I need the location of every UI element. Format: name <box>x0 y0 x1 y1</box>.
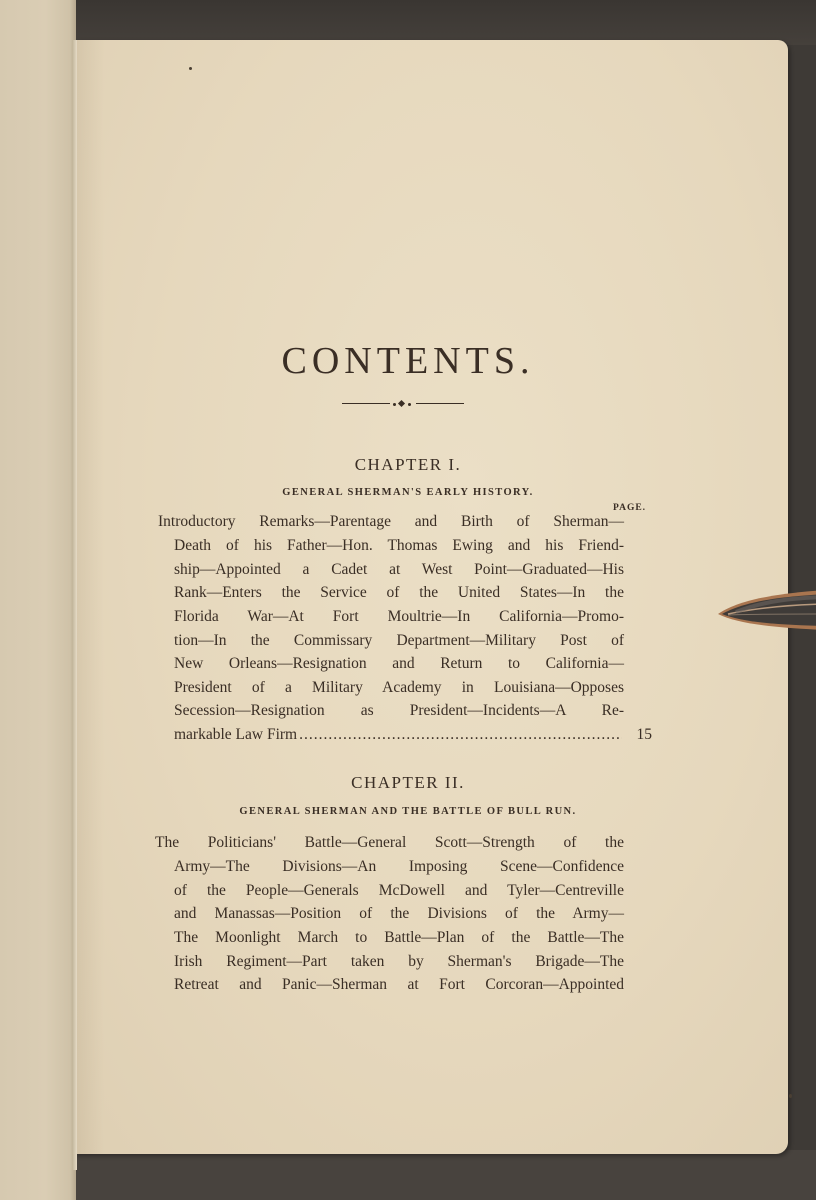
page-gutter-edge <box>72 40 77 1170</box>
toc-line: President of a Military Academy in Louis… <box>174 677 624 699</box>
chapter-1-subtitle: GENERAL SHERMAN'S EARLY HISTORY. <box>0 487 816 498</box>
toc-entry-chapter-1-final: markable Law Firm ......................… <box>174 724 652 746</box>
page-number: 15 <box>628 724 652 746</box>
paper-speck <box>789 1094 792 1098</box>
page-title: CONTENTS. <box>0 339 816 383</box>
toc-line: Secession—Resignation as President—Incid… <box>174 700 624 722</box>
chapter-2-heading: CHAPTER II. <box>0 773 816 793</box>
dot-leader: ........................................… <box>299 724 622 746</box>
toc-line: Death of his Father—Hon. Thomas Ewing an… <box>174 535 624 557</box>
toc-line: Florida War—At Fort Moultrie—In Californ… <box>174 606 624 628</box>
toc-line: Army—The Divisions—An Imposing Scene—Con… <box>174 856 624 878</box>
toc-line: New Orleans—Resignation and Return to Ca… <box>174 653 624 675</box>
letter-opener-blade <box>716 588 816 634</box>
toc-line: The Politicians' Battle—General Scott—St… <box>155 832 624 854</box>
toc-line-text: markable Law Firm <box>174 724 297 746</box>
toc-line: tion—In the Commissary Department—Milita… <box>174 630 624 652</box>
background-top <box>70 0 816 45</box>
toc-line: Irish Regiment—Part taken by Sherman's B… <box>174 951 624 973</box>
paper-speck <box>189 67 192 70</box>
left-facing-page <box>0 0 76 1200</box>
ornament-divider <box>342 401 464 407</box>
toc-line: Retreat and Panic—Sherman at Fort Corcor… <box>174 974 624 996</box>
toc-line: and Manassas—Position of the Divisions o… <box>174 903 624 925</box>
chapter-1-heading: CHAPTER I. <box>0 455 816 475</box>
toc-line: ship—Appointed a Cadet at West Point—Gra… <box>174 559 624 581</box>
chapter-2-subtitle: GENERAL SHERMAN AND THE BATTLE OF BULL R… <box>0 806 816 817</box>
toc-line: The Moonlight March to Battle—Plan of th… <box>174 927 624 949</box>
background-bottom <box>40 1150 816 1200</box>
toc-line: of the People—Generals McDowell and Tyle… <box>174 880 624 902</box>
toc-line: Introductory Remarks—Parentage and Birth… <box>158 511 624 533</box>
toc-line: Rank—Enters the Service of the United St… <box>174 582 624 604</box>
